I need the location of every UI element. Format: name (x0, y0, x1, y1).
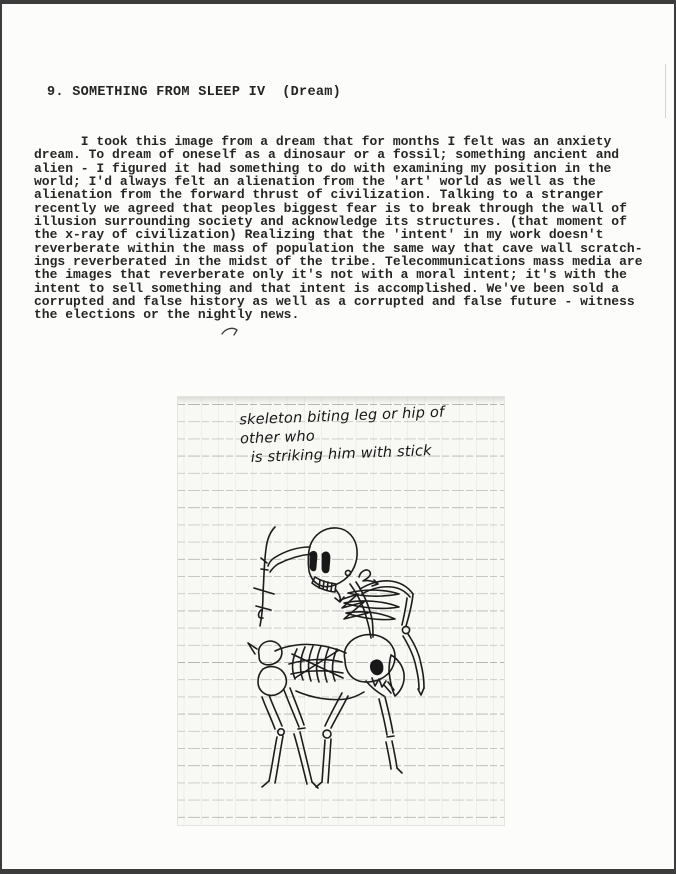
sketch-caption: skeleton biting leg or hip of other who … (239, 403, 471, 469)
body-paragraph: I took this image from a dream that for … (34, 135, 659, 322)
document-page: 9. SOMETHING FROM SLEEP IV (Dream) I too… (2, 4, 674, 869)
lower-skull (344, 635, 395, 682)
scan-frame: 9. SOMETHING FROM SLEEP IV (Dream) I too… (0, 0, 676, 874)
stray-ink-mark (220, 325, 242, 339)
page-title: 9. SOMETHING FROM SLEEP IV (Dream) (47, 85, 341, 100)
scan-artifact-line (665, 64, 666, 118)
sketch-photo: skeleton biting leg or hip of other who … (178, 397, 504, 825)
